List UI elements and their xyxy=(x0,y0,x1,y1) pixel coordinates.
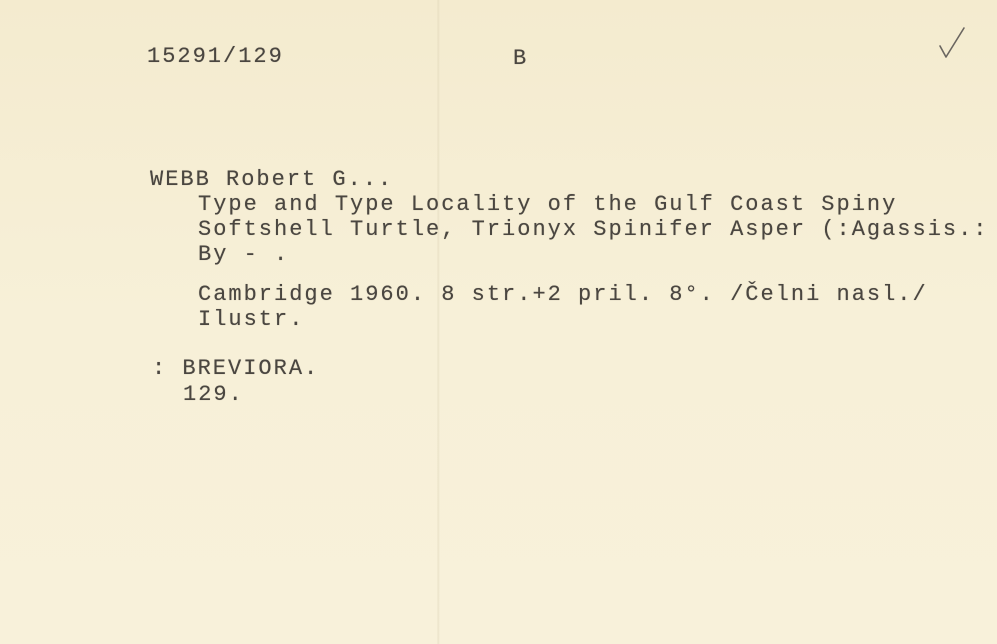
title-line: Type and Type Locality of the Gulf Coast… xyxy=(198,193,897,217)
catalog-card: 15291/129 B WEBB Robert G... Type and Ty… xyxy=(0,0,997,644)
location-mark: B xyxy=(513,47,528,71)
imprint-line: Cambridge 1960. 8 str.+2 pril. 8°. /Čeln… xyxy=(198,283,928,307)
series-line: 129. xyxy=(183,383,244,407)
author-heading: WEBB Robert G... xyxy=(150,168,393,192)
call-number: 15291/129 xyxy=(147,45,284,69)
imprint-line: Ilustr. xyxy=(198,308,304,332)
title-line: By - . xyxy=(198,243,289,267)
series-line: : BREVIORA. xyxy=(152,357,319,381)
title-line: Softshell Turtle, Trionyx Spinifer Asper… xyxy=(198,218,989,242)
checkmark-icon xyxy=(938,26,966,60)
